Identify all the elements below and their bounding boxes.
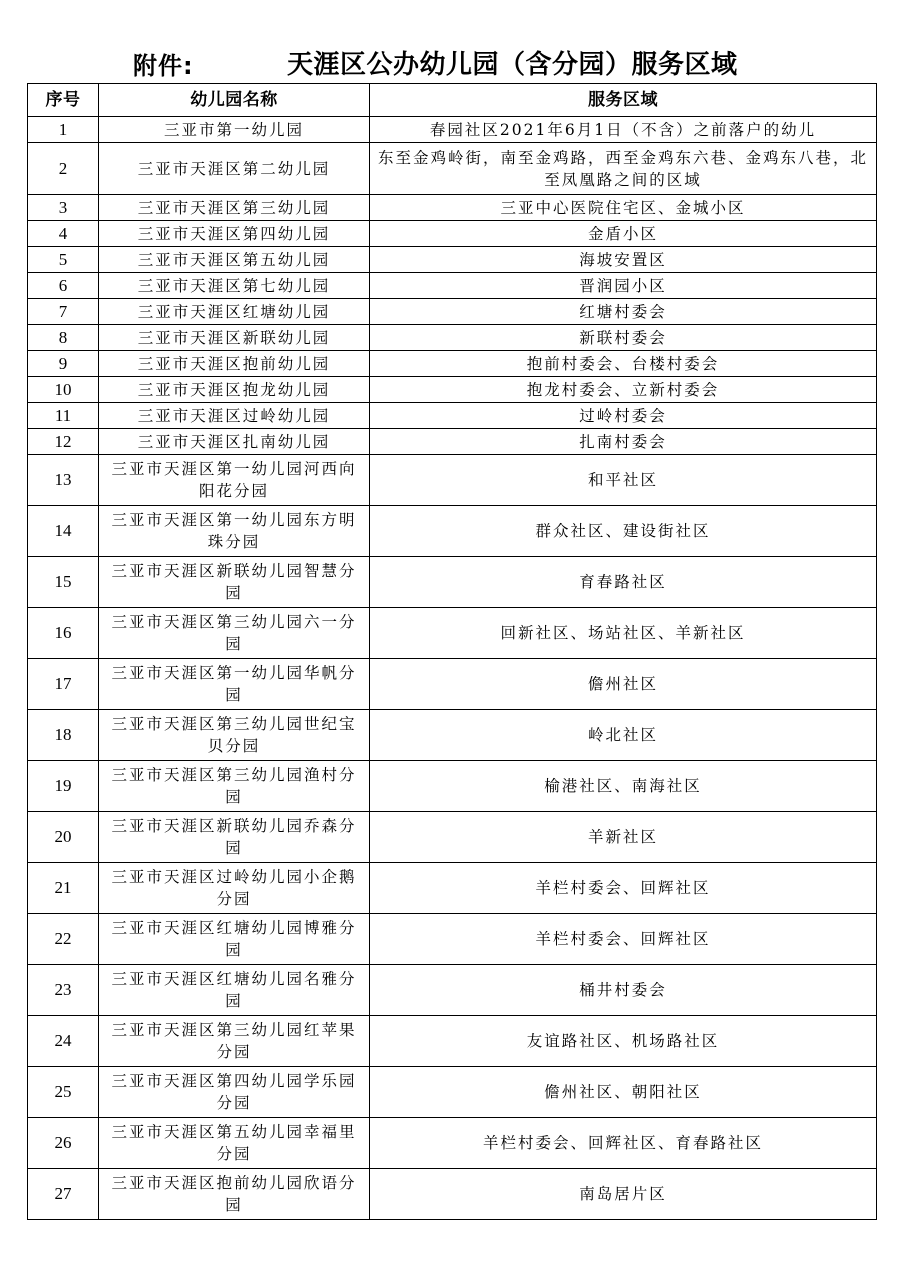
- kindergarten-name: 三亚市天涯区新联幼儿园: [99, 325, 370, 351]
- service-area: 扎南村委会: [370, 429, 877, 455]
- kindergarten-name: 三亚市天涯区新联幼儿园智慧分园: [99, 557, 370, 608]
- table-row: 3 三亚市天涯区第三幼儿园 三亚中心医院住宅区、金城小区: [28, 195, 877, 221]
- kindergarten-name: 三亚市天涯区第三幼儿园: [99, 195, 370, 221]
- kindergarten-name: 三亚市第一幼儿园: [99, 117, 370, 143]
- row-number: 10: [28, 377, 99, 403]
- row-number: 18: [28, 710, 99, 761]
- table-row: 16 三亚市天涯区第三幼儿园六一分园 回新社区、场站社区、羊新社区: [28, 608, 877, 659]
- table-row: 15 三亚市天涯区新联幼儿园智慧分园 育春路社区: [28, 557, 877, 608]
- table-row: 17 三亚市天涯区第一幼儿园华帆分园 儋州社区: [28, 659, 877, 710]
- table-row: 24 三亚市天涯区第三幼儿园红苹果分园 友谊路社区、机场路社区: [28, 1016, 877, 1067]
- service-area: 过岭村委会: [370, 403, 877, 429]
- kindergarten-name: 三亚市天涯区第三幼儿园渔村分园: [99, 761, 370, 812]
- table-row: 13 三亚市天涯区第一幼儿园河西向阳花分园 和平社区: [28, 455, 877, 506]
- kindergarten-name: 三亚市天涯区抱前幼儿园: [99, 351, 370, 377]
- page-title: 天涯区公办幼儿园（含分园）服务区域: [287, 44, 738, 81]
- row-number: 24: [28, 1016, 99, 1067]
- service-area: 儋州社区: [370, 659, 877, 710]
- row-number: 27: [28, 1169, 99, 1220]
- row-number: 6: [28, 273, 99, 299]
- table-header-row: 序号 幼儿园名称 服务区域: [28, 84, 877, 117]
- kindergarten-name: 三亚市天涯区第七幼儿园: [99, 273, 370, 299]
- row-number: 1: [28, 117, 99, 143]
- table-row: 7 三亚市天涯区红塘幼儿园 红塘村委会: [28, 299, 877, 325]
- service-area: 回新社区、场站社区、羊新社区: [370, 608, 877, 659]
- row-number: 14: [28, 506, 99, 557]
- column-header-area: 服务区域: [370, 84, 877, 117]
- row-number: 15: [28, 557, 99, 608]
- table-row: 2 三亚市天涯区第二幼儿园 东至金鸡岭街，南至金鸡路，西至金鸡东六巷、金鸡东八巷…: [28, 143, 877, 195]
- row-number: 21: [28, 863, 99, 914]
- row-number: 26: [28, 1118, 99, 1169]
- table-row: 11 三亚市天涯区过岭幼儿园 过岭村委会: [28, 403, 877, 429]
- service-area: 南岛居片区: [370, 1169, 877, 1220]
- service-area: 金盾小区: [370, 221, 877, 247]
- service-area: 友谊路社区、机场路社区: [370, 1016, 877, 1067]
- service-area: 育春路社区: [370, 557, 877, 608]
- service-area: 羊栏村委会、回辉社区: [370, 863, 877, 914]
- kindergarten-name: 三亚市天涯区新联幼儿园乔森分园: [99, 812, 370, 863]
- service-area: 羊栏村委会、回辉社区: [370, 914, 877, 965]
- service-area: 岭北社区: [370, 710, 877, 761]
- kindergarten-name: 三亚市天涯区第三幼儿园红苹果分园: [99, 1016, 370, 1067]
- table-row: 5 三亚市天涯区第五幼儿园 海坡安置区: [28, 247, 877, 273]
- service-area: 羊栏村委会、回辉社区、育春路社区: [370, 1118, 877, 1169]
- kindergarten-name: 三亚市天涯区过岭幼儿园: [99, 403, 370, 429]
- kindergarten-name: 三亚市天涯区第五幼儿园: [99, 247, 370, 273]
- row-number: 8: [28, 325, 99, 351]
- service-area: 东至金鸡岭街，南至金鸡路，西至金鸡东六巷、金鸡东八巷，北至凤凰路之间的区域: [370, 143, 877, 195]
- kindergarten-name: 三亚市天涯区红塘幼儿园博雅分园: [99, 914, 370, 965]
- kindergarten-name: 三亚市天涯区红塘幼儿园名雅分园: [99, 965, 370, 1016]
- kindergarten-name: 三亚市天涯区过岭幼儿园小企鹅分园: [99, 863, 370, 914]
- row-number: 20: [28, 812, 99, 863]
- row-number: 17: [28, 659, 99, 710]
- row-number: 9: [28, 351, 99, 377]
- service-area: 群众社区、建设街社区: [370, 506, 877, 557]
- row-number: 22: [28, 914, 99, 965]
- document-title: 附件: 天涯区公办幼儿园（含分园）服务区域: [0, 44, 898, 84]
- row-number: 19: [28, 761, 99, 812]
- service-area: 桶井村委会: [370, 965, 877, 1016]
- row-number: 4: [28, 221, 99, 247]
- service-area: 春园社区2021年6月1日（不含）之前落户的幼儿: [370, 117, 877, 143]
- row-number: 2: [28, 143, 99, 195]
- table-row: 9 三亚市天涯区抱前幼儿园 抱前村委会、台楼村委会: [28, 351, 877, 377]
- row-number: 5: [28, 247, 99, 273]
- table-row: 1 三亚市第一幼儿园 春园社区2021年6月1日（不含）之前落户的幼儿: [28, 117, 877, 143]
- table-row: 14 三亚市天涯区第一幼儿园东方明珠分园 群众社区、建设街社区: [28, 506, 877, 557]
- row-number: 7: [28, 299, 99, 325]
- service-area-table: 序号 幼儿园名称 服务区域 1 三亚市第一幼儿园 春园社区2021年6月1日（不…: [27, 83, 877, 1220]
- attachment-label: 附件:: [133, 46, 194, 81]
- kindergarten-name: 三亚市天涯区抱龙幼儿园: [99, 377, 370, 403]
- kindergarten-name: 三亚市天涯区第四幼儿园: [99, 221, 370, 247]
- table-row: 18 三亚市天涯区第三幼儿园世纪宝贝分园 岭北社区: [28, 710, 877, 761]
- table-row: 27 三亚市天涯区抱前幼儿园欣语分园 南岛居片区: [28, 1169, 877, 1220]
- service-area: 儋州社区、朝阳社区: [370, 1067, 877, 1118]
- row-number: 13: [28, 455, 99, 506]
- kindergarten-name: 三亚市天涯区扎南幼儿园: [99, 429, 370, 455]
- column-header-name: 幼儿园名称: [99, 84, 370, 117]
- table-row: 22 三亚市天涯区红塘幼儿园博雅分园 羊栏村委会、回辉社区: [28, 914, 877, 965]
- row-number: 23: [28, 965, 99, 1016]
- table-row: 21 三亚市天涯区过岭幼儿园小企鹅分园 羊栏村委会、回辉社区: [28, 863, 877, 914]
- service-area: 抱龙村委会、立新村委会: [370, 377, 877, 403]
- service-area: 新联村委会: [370, 325, 877, 351]
- kindergarten-name: 三亚市天涯区第一幼儿园河西向阳花分园: [99, 455, 370, 506]
- kindergarten-name: 三亚市天涯区第三幼儿园世纪宝贝分园: [99, 710, 370, 761]
- kindergarten-name: 三亚市天涯区抱前幼儿园欣语分园: [99, 1169, 370, 1220]
- service-area: 三亚中心医院住宅区、金城小区: [370, 195, 877, 221]
- row-number: 3: [28, 195, 99, 221]
- table-row: 23 三亚市天涯区红塘幼儿园名雅分园 桶井村委会: [28, 965, 877, 1016]
- row-number: 16: [28, 608, 99, 659]
- table-row: 12 三亚市天涯区扎南幼儿园 扎南村委会: [28, 429, 877, 455]
- service-area: 和平社区: [370, 455, 877, 506]
- kindergarten-name: 三亚市天涯区第一幼儿园华帆分园: [99, 659, 370, 710]
- service-area: 抱前村委会、台楼村委会: [370, 351, 877, 377]
- kindergarten-name: 三亚市天涯区第三幼儿园六一分园: [99, 608, 370, 659]
- table-row: 20 三亚市天涯区新联幼儿园乔森分园 羊新社区: [28, 812, 877, 863]
- kindergarten-name: 三亚市天涯区第二幼儿园: [99, 143, 370, 195]
- service-area: 晋润园小区: [370, 273, 877, 299]
- service-area: 海坡安置区: [370, 247, 877, 273]
- table-row: 19 三亚市天涯区第三幼儿园渔村分园 榆港社区、南海社区: [28, 761, 877, 812]
- service-area: 羊新社区: [370, 812, 877, 863]
- table-row: 10 三亚市天涯区抱龙幼儿园 抱龙村委会、立新村委会: [28, 377, 877, 403]
- service-area: 榆港社区、南海社区: [370, 761, 877, 812]
- row-number: 25: [28, 1067, 99, 1118]
- table-row: 8 三亚市天涯区新联幼儿园 新联村委会: [28, 325, 877, 351]
- kindergarten-name: 三亚市天涯区红塘幼儿园: [99, 299, 370, 325]
- row-number: 12: [28, 429, 99, 455]
- table-row: 25 三亚市天涯区第四幼儿园学乐园分园 儋州社区、朝阳社区: [28, 1067, 877, 1118]
- kindergarten-name: 三亚市天涯区第五幼儿园幸福里分园: [99, 1118, 370, 1169]
- kindergarten-name: 三亚市天涯区第一幼儿园东方明珠分园: [99, 506, 370, 557]
- table-row: 4 三亚市天涯区第四幼儿园 金盾小区: [28, 221, 877, 247]
- table-row: 6 三亚市天涯区第七幼儿园 晋润园小区: [28, 273, 877, 299]
- kindergarten-name: 三亚市天涯区第四幼儿园学乐园分园: [99, 1067, 370, 1118]
- column-header-number: 序号: [28, 84, 99, 117]
- service-area: 红塘村委会: [370, 299, 877, 325]
- row-number: 11: [28, 403, 99, 429]
- table-row: 26 三亚市天涯区第五幼儿园幸福里分园 羊栏村委会、回辉社区、育春路社区: [28, 1118, 877, 1169]
